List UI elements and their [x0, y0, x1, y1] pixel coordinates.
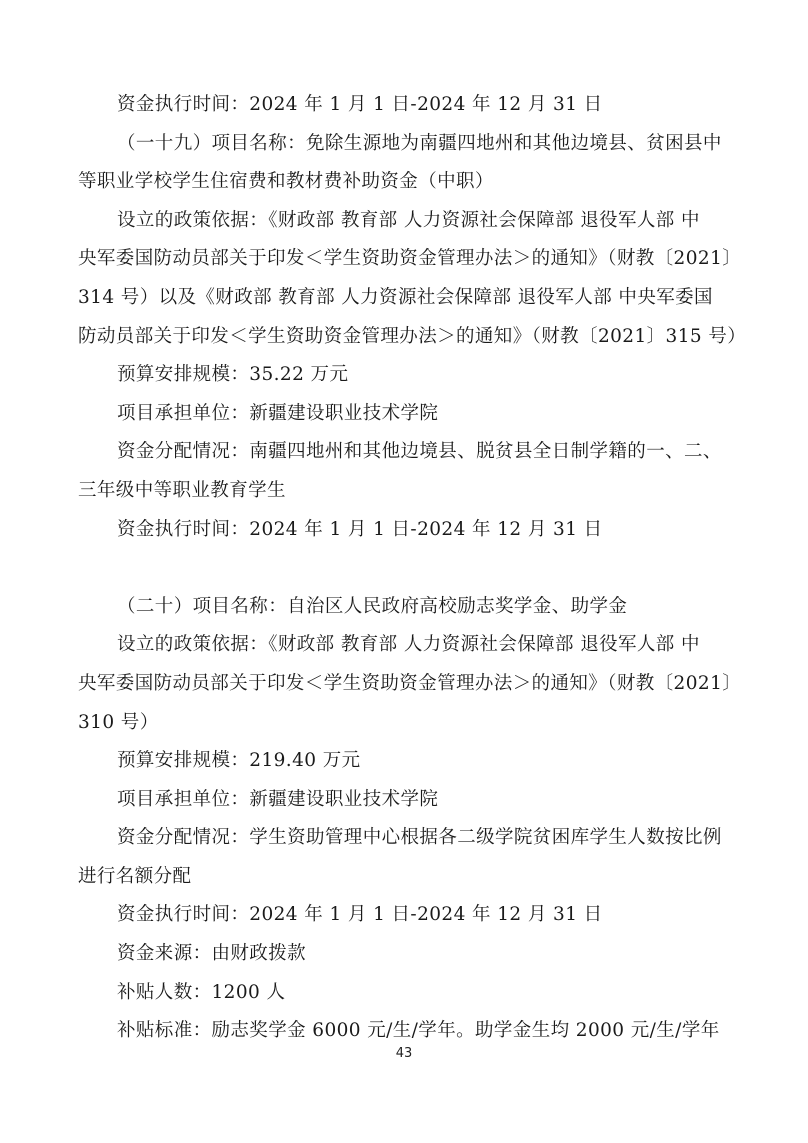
project-19-title: （一十九）项目名称：免除生源地为南疆四地州和其他边境县、贫困县中	[78, 125, 720, 164]
page-number: 43	[0, 1046, 808, 1061]
section-gap	[78, 549, 720, 588]
project-20-allocation-cont: 进行名额分配	[78, 858, 720, 897]
project-19-policy-basis: 设立的政策依据：《财政部 教育部 人力资源社会保障部 退役军人部 中	[78, 202, 720, 241]
document-body: 资金执行时间：2024 年 1 月 1 日-2024 年 12 月 31 日 （…	[78, 86, 720, 1051]
project-20-policy-basis-cont-1: 央军委国防动员部关于印发＜学生资助资金管理办法＞的通知》（财教〔2021〕	[78, 665, 720, 704]
project-19-allocation-cont: 三年级中等职业教育学生	[78, 472, 720, 511]
project-19-budget: 预算安排规模：35.22 万元	[78, 356, 720, 395]
project-20-policy-basis: 设立的政策依据：《财政部 教育部 人力资源社会保障部 退役军人部 中	[78, 626, 720, 665]
project-19-policy-basis-cont-2: 314 号）以及《财政部 教育部 人力资源社会保障部 退役军人部 中央军委国	[78, 279, 720, 318]
project-20-allocation: 资金分配情况：学生资助管理中心根据各二级学院贫困库学生人数按比例	[78, 819, 720, 858]
project-19-title-cont: 等职业学校学生住宿费和教材费补助资金（中职）	[78, 163, 720, 202]
project-20-unit: 项目承担单位：新疆建设职业技术学院	[78, 781, 720, 820]
project-20-title: （二十）项目名称：自治区人民政府高校励志奖学金、助学金	[78, 588, 720, 627]
project-20-budget: 预算安排规模：219.40 万元	[78, 742, 720, 781]
project-20-fund-source: 资金来源：由财政拨款	[78, 935, 720, 974]
project-19-allocation: 资金分配情况：南疆四地州和其他边境县、脱贫县全日制学籍的一、二、	[78, 433, 720, 472]
project-20-policy-basis-cont-2: 310 号）	[78, 704, 720, 743]
project-20-recipients: 补贴人数：1200 人	[78, 974, 720, 1013]
project-19-policy-basis-cont-1: 央军委国防动员部关于印发＜学生资助资金管理办法＞的通知》（财教〔2021〕	[78, 240, 720, 279]
project-19-unit: 项目承担单位：新疆建设职业技术学院	[78, 395, 720, 434]
project-20-execution-period: 资金执行时间：2024 年 1 月 1 日-2024 年 12 月 31 日	[78, 896, 720, 935]
prev-execution-period: 资金执行时间：2024 年 1 月 1 日-2024 年 12 月 31 日	[78, 86, 720, 125]
project-19-execution-period: 资金执行时间：2024 年 1 月 1 日-2024 年 12 月 31 日	[78, 511, 720, 550]
project-19-policy-basis-cont-3: 防动员部关于印发＜学生资助资金管理办法＞的通知》（财教〔2021〕315 号）	[78, 318, 720, 357]
